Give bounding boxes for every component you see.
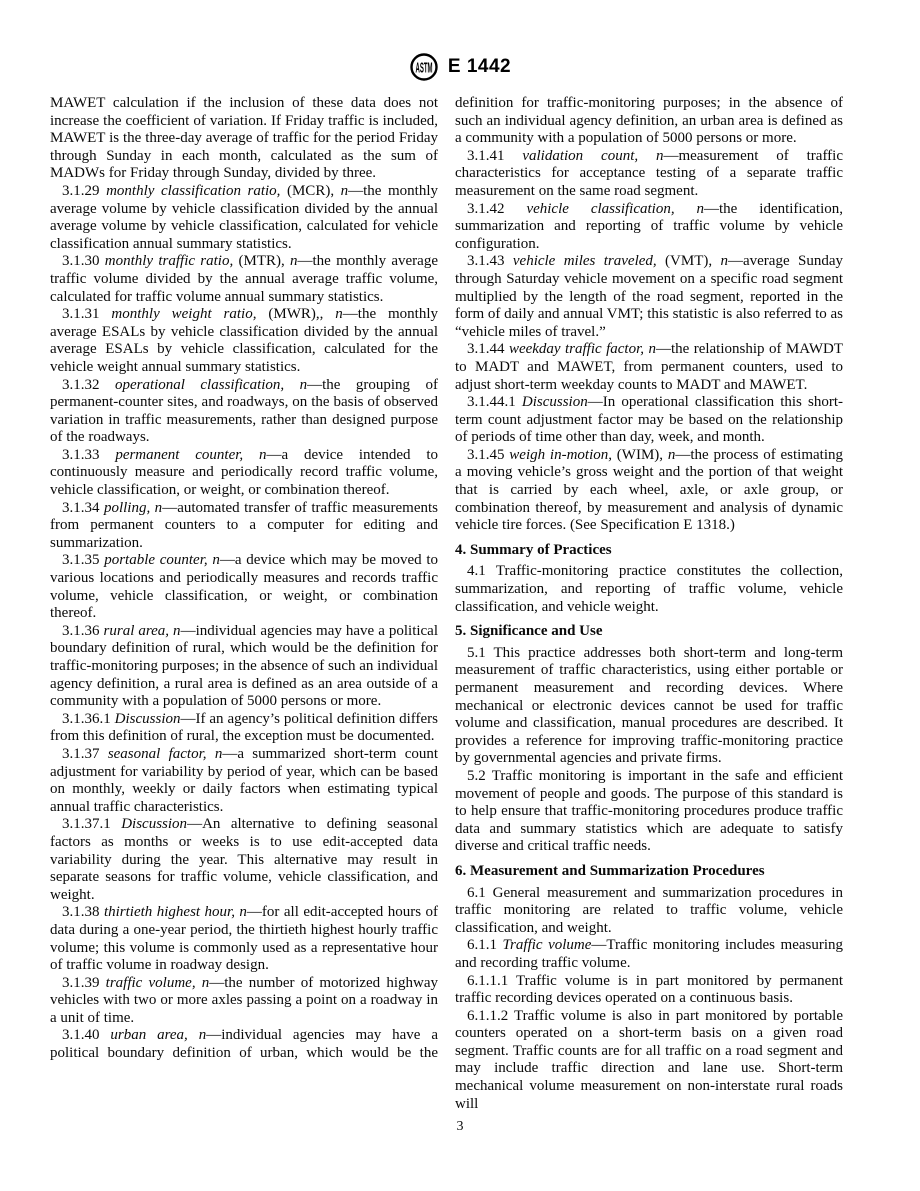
paragraph: 3.1.42 vehicle classification, n—the ide… bbox=[455, 201, 843, 254]
body-text: 3.1.36.1 bbox=[62, 711, 115, 727]
document-page: ASTM E 1442 MAWET calculation if the inc… bbox=[0, 0, 920, 1191]
body-text: (MTR), bbox=[233, 253, 290, 269]
defined-term: permanent counter, n bbox=[115, 447, 266, 463]
body-text: 3.1.29 bbox=[62, 183, 106, 199]
standard-designation: E 1442 bbox=[448, 56, 511, 78]
paragraph: 5.1 This practice addresses both short-t… bbox=[455, 645, 843, 768]
defined-term: rural area, n bbox=[104, 623, 181, 639]
body-text: 3.1.42 bbox=[467, 201, 526, 217]
paragraph: 5.2 Traffic monitoring is important in t… bbox=[455, 768, 843, 856]
body-text: 3.1.31 bbox=[62, 306, 111, 322]
defined-term: Traffic volume bbox=[503, 937, 592, 953]
continuation-paragraph: definition for traffic-monitoring purpos… bbox=[455, 95, 843, 148]
defined-term: polling, n bbox=[104, 500, 162, 516]
paragraph: 3.1.40 urban area, n—individual agencies… bbox=[50, 1027, 438, 1062]
defined-term: urban area, n bbox=[110, 1027, 206, 1043]
paragraph: 6.1.1.2 Traffic volume is also in part m… bbox=[455, 1008, 843, 1114]
defined-term: n bbox=[335, 306, 343, 322]
body-text: (MCR), bbox=[280, 183, 340, 199]
body-text: 3.1.37 bbox=[62, 746, 108, 762]
paragraph: 3.1.45 weigh in-motion, (WIM), n—the pro… bbox=[455, 447, 843, 535]
defined-term: validation count, n bbox=[522, 148, 663, 164]
body-text: 5.2 Traffic monitoring is important in t… bbox=[455, 768, 843, 854]
body-text: (VMT), bbox=[657, 253, 721, 269]
page-footer: 3 bbox=[0, 1119, 920, 1135]
body-text: 3.1.33 bbox=[62, 447, 115, 463]
defined-term: operational classification, n bbox=[115, 377, 307, 393]
body-text: 3.1.44.1 bbox=[467, 394, 522, 410]
defined-term: monthly traffic ratio, bbox=[105, 253, 233, 269]
paragraph: 3.1.37 seasonal factor, n—a summarized s… bbox=[50, 746, 438, 816]
paragraph: 3.1.32 operational classification, n—the… bbox=[50, 377, 438, 447]
section-heading: 4. Summary of Practices bbox=[455, 542, 843, 560]
defined-term: weekday traffic factor, n bbox=[509, 341, 656, 357]
paragraph: 3.1.43 vehicle miles traveled, (VMT), n—… bbox=[455, 253, 843, 341]
body-text: 3.1.38 bbox=[62, 904, 104, 920]
body-text: (WIM), bbox=[612, 447, 668, 463]
body-text: 3.1.32 bbox=[62, 377, 115, 393]
paragraph: 3.1.39 traffic volume, n—the number of m… bbox=[50, 975, 438, 1028]
paragraph: 3.1.33 permanent counter, n—a device int… bbox=[50, 447, 438, 500]
paragraph: 3.1.36.1 Discussion—If an agency’s polit… bbox=[50, 711, 438, 746]
paragraph: 4.1 Traffic-monitoring practice constitu… bbox=[455, 563, 843, 616]
paragraph: 3.1.44.1 Discussion—In operational class… bbox=[455, 394, 843, 447]
page-number: 3 bbox=[457, 1119, 464, 1134]
paragraph: 3.1.38 thirtieth highest hour, n—for all… bbox=[50, 904, 438, 974]
body-text: (MWR),, bbox=[256, 306, 335, 322]
defined-term: n bbox=[290, 253, 298, 269]
defined-term: seasonal factor, n bbox=[108, 746, 223, 762]
defined-term: thirtieth highest hour, n bbox=[104, 904, 247, 920]
defined-term: n bbox=[720, 253, 728, 269]
body-text: 5.1 This practice addresses both short-t… bbox=[455, 645, 843, 767]
body-text: 3.1.36 bbox=[62, 623, 104, 639]
body-text: definition for traffic-monitoring purpos… bbox=[455, 95, 843, 146]
body-text: 6.1.1.2 Traffic volume is also in part m… bbox=[455, 1008, 843, 1112]
defined-term: traffic volume, n bbox=[106, 975, 210, 991]
body-text: 3.1.45 bbox=[467, 447, 509, 463]
paragraph: 3.1.29 monthly classification ratio, (MC… bbox=[50, 183, 438, 253]
body-text: 6.1 General measurement and summarizatio… bbox=[455, 885, 843, 936]
defined-term: Discussion bbox=[115, 711, 181, 727]
defined-term: monthly weight ratio, bbox=[111, 306, 256, 322]
body-text: 3.1.43 bbox=[467, 253, 513, 269]
body-text: 3.1.35 bbox=[62, 552, 104, 568]
defined-term: Discussion bbox=[522, 394, 588, 410]
body-text: 3.1.44 bbox=[467, 341, 509, 357]
defined-term: n bbox=[341, 183, 349, 199]
body-text: 3.1.39 bbox=[62, 975, 106, 991]
paragraph: 3.1.34 polling, n—automated transfer of … bbox=[50, 500, 438, 553]
svg-text:ASTM: ASTM bbox=[415, 60, 432, 77]
body-text: 3.1.34 bbox=[62, 500, 104, 516]
defined-term: portable counter, n bbox=[104, 552, 220, 568]
page-header: ASTM E 1442 bbox=[0, 52, 920, 82]
paragraph: 3.1.31 monthly weight ratio, (MWR),, n—t… bbox=[50, 306, 438, 376]
paragraph: 6.1 General measurement and summarizatio… bbox=[455, 885, 843, 938]
defined-term: vehicle classification, n bbox=[526, 201, 704, 217]
section-heading: 5. Significance and Use bbox=[455, 623, 843, 641]
paragraph: 3.1.44 weekday traffic factor, n—the rel… bbox=[455, 341, 843, 394]
paragraph: 6.1.1.1 Traffic volume is in part monito… bbox=[455, 973, 843, 1008]
paragraph: 3.1.35 portable counter, n—a device whic… bbox=[50, 552, 438, 622]
body-text: 6.1.1.1 Traffic volume is in part monito… bbox=[455, 973, 843, 1007]
paragraph: 6.1.1 Traffic volume—Traffic monitoring … bbox=[455, 937, 843, 972]
body-text: 3.1.40 bbox=[62, 1027, 110, 1043]
left-column: MAWET calculation if the inclusion of th… bbox=[50, 95, 438, 1113]
body-text: MAWET calculation if the inclusion of th… bbox=[50, 95, 438, 181]
two-column-body: MAWET calculation if the inclusion of th… bbox=[50, 95, 843, 1113]
defined-term: monthly classification ratio, bbox=[106, 183, 280, 199]
defined-term: vehicle miles traveled, bbox=[513, 253, 657, 269]
paragraph: 3.1.30 monthly traffic ratio, (MTR), n—t… bbox=[50, 253, 438, 306]
continuation-paragraph: MAWET calculation if the inclusion of th… bbox=[50, 95, 438, 183]
body-text: 3.1.41 bbox=[467, 148, 522, 164]
defined-term: weigh in-motion, bbox=[509, 447, 612, 463]
paragraph: 3.1.36 rural area, n—individual agencies… bbox=[50, 623, 438, 711]
body-text: 6.1.1 bbox=[467, 937, 503, 953]
body-text: 3.1.30 bbox=[62, 253, 105, 269]
section-heading: 6. Measurement and Summarization Procedu… bbox=[455, 863, 843, 881]
body-text: 3.1.37.1 bbox=[62, 816, 121, 832]
body-text: 4.1 Traffic-monitoring practice constitu… bbox=[455, 563, 843, 614]
astm-logo-icon: ASTM bbox=[409, 52, 439, 82]
paragraph: 3.1.41 validation count, n—measurement o… bbox=[455, 148, 843, 201]
defined-term: Discussion bbox=[121, 816, 187, 832]
right-column: definition for traffic-monitoring purpos… bbox=[455, 95, 843, 1113]
paragraph: 3.1.37.1 Discussion—An alternative to de… bbox=[50, 816, 438, 904]
